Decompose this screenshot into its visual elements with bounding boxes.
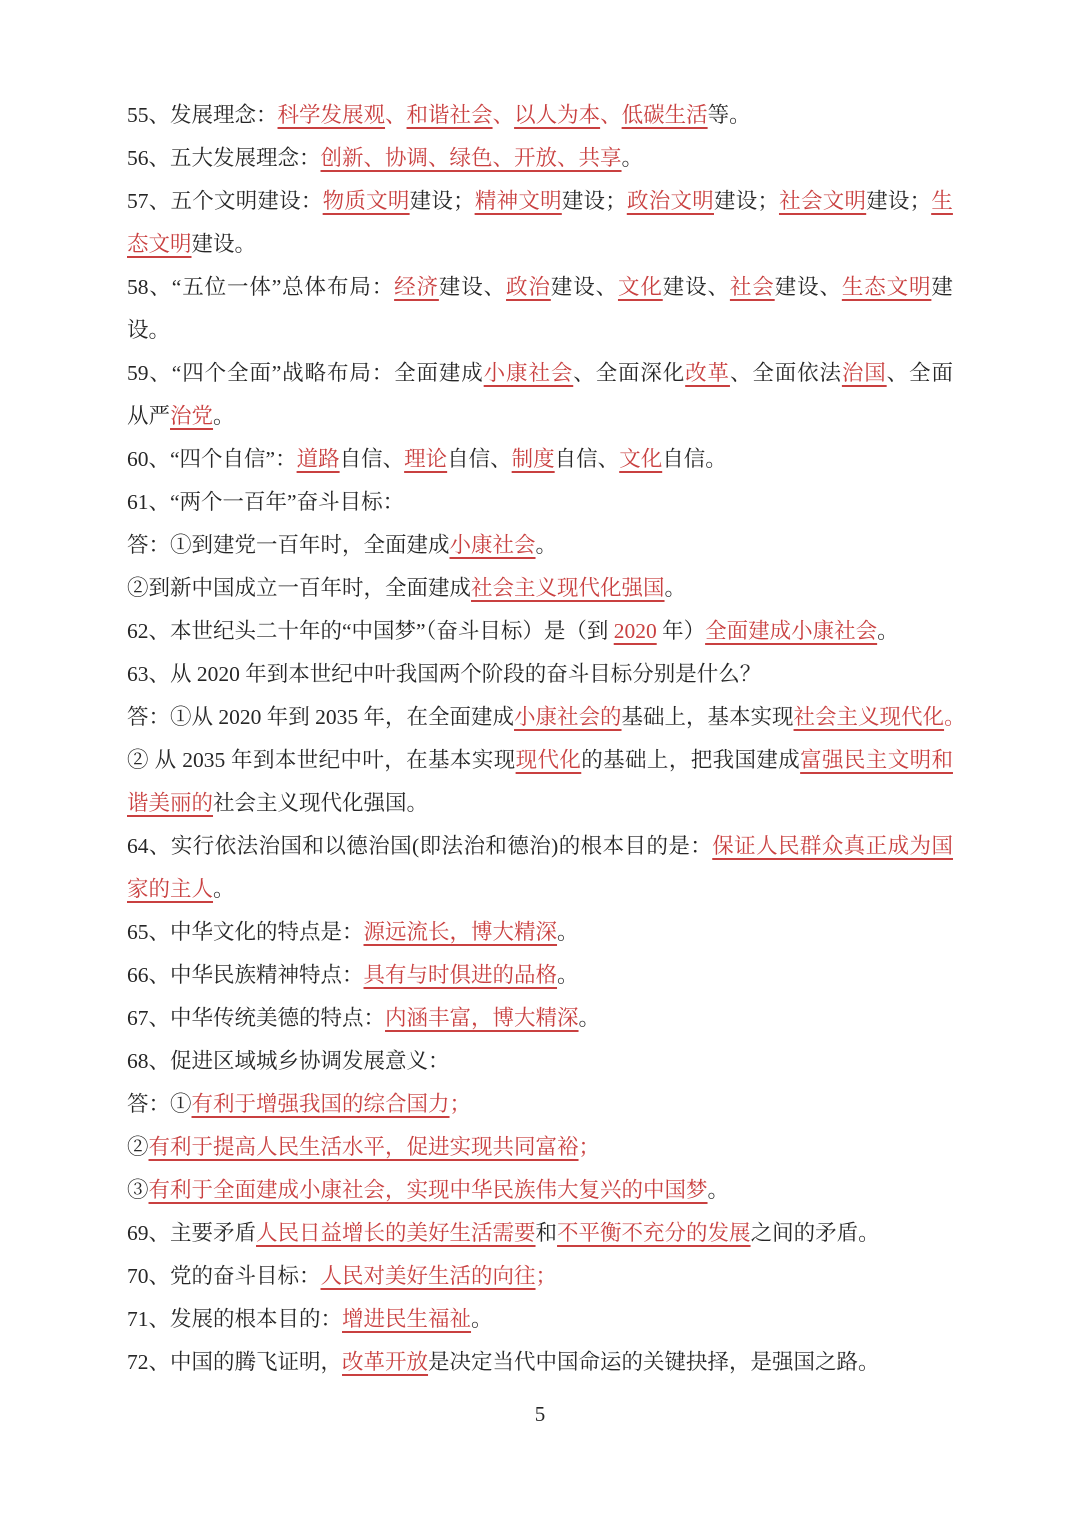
body-text: 建设； [866, 189, 931, 213]
text-line: 谐美丽的社会主义现代化强国。 [127, 782, 953, 825]
body-text: 。 [579, 1006, 601, 1030]
body-text: 。 [213, 877, 235, 901]
body-text: 建设、 [551, 275, 618, 299]
body-text: 。 [213, 404, 235, 428]
red-text: 。 [944, 705, 966, 729]
highlight-text: 谐美丽的 [127, 791, 213, 815]
red-text: ； [450, 1092, 472, 1116]
body-text: ②到新中国成立一百年时，全面建成 [127, 576, 471, 600]
body-text: 基础上，基本实现 [622, 705, 794, 729]
highlight-text: 有利于增强我国的综合国力 [192, 1092, 450, 1116]
highlight-text: 社会主义现代化强国 [471, 576, 665, 600]
body-text: 社会主义现代化强国。 [213, 791, 428, 815]
body-text: 建设； [714, 189, 779, 213]
text-line: ②有利于提高人民生活水平，促进实现共同富裕； [127, 1126, 953, 1169]
body-text: 72、中国的腾飞证明， [127, 1350, 342, 1374]
body-text: 71、发展的根本目的： [127, 1307, 342, 1331]
highlight-text: 全面建成小康社会 [705, 619, 877, 643]
text-line: 70、党的奋斗目标：人民对美好生活的向往； [127, 1255, 953, 1298]
body-text: 67、中华传统美德的特点： [127, 1006, 385, 1030]
highlight-text: 政治 [506, 275, 551, 299]
text-line: 55、发展理念：科学发展观、和谐社会、以人为本、低碳生活等。 [127, 94, 953, 137]
body-text: 57、五个文明建设： [127, 189, 323, 213]
body-text: 建设、 [663, 275, 730, 299]
body-text: 等。 [708, 103, 751, 127]
body-text: 62、本世纪头二十年的“中国梦”（奋斗目标）是（到 [127, 619, 614, 643]
body-text: 和 [536, 1221, 558, 1245]
highlight-text: 态文明 [127, 232, 192, 256]
highlight-text: 理论 [404, 447, 447, 471]
body-text: 69、主要矛盾 [127, 1221, 256, 1245]
highlight-text: 2020 [614, 619, 657, 643]
highlight-text: 创新、协调、绿色、开放、共享 [321, 146, 622, 170]
highlight-text: 小康社会的 [514, 705, 622, 729]
text-line: ②到新中国成立一百年时，全面建成社会主义现代化强国。 [127, 567, 953, 610]
highlight-text: 增进民生福祉 [342, 1307, 471, 1331]
body-text: 55、发展理念： [127, 103, 278, 127]
body-text: ② [127, 1135, 149, 1159]
body-text: 56、五大发展理念： [127, 146, 321, 170]
text-line: 58、“五位一体”总体布局：经济建设、政治建设、文化建设、社会建设、生态文明建 [127, 266, 953, 309]
body-text: 70、党的奋斗目标： [127, 1264, 321, 1288]
body-text: 。 [557, 963, 579, 987]
red-text: ； [579, 1135, 601, 1159]
body-text: 之间的矛盾。 [751, 1221, 880, 1245]
highlight-text: 以人为本 [514, 103, 600, 127]
body-text: 63、从 2020 年到本世纪中叶我国两个阶段的奋斗目标分别是什么？ [127, 662, 761, 686]
body-text: 66、中华民族精神特点： [127, 963, 364, 987]
text-line: 家的主人。 [127, 868, 953, 911]
highlight-text: 人民对美好生活的向往 [321, 1264, 536, 1288]
highlight-text: 政治文明 [627, 189, 714, 213]
page-number: 5 [535, 1402, 546, 1426]
body-text: 。 [622, 146, 644, 170]
text-line: 从严治党。 [127, 395, 953, 438]
body-text: 的基础上，把我国建成 [581, 748, 800, 772]
text-line: 61、“两个一百年”奋斗目标： [127, 481, 953, 524]
highlight-text: 内涵丰富，博大精深 [385, 1006, 579, 1030]
highlight-text: 生 [931, 189, 953, 213]
body-text: ② 从 2035 年到本世纪中叶，在基本实现 [127, 748, 516, 772]
highlight-text: 社会 [730, 275, 775, 299]
body-text: 。 [471, 1307, 493, 1331]
red-text: ； [536, 1264, 558, 1288]
text-line: 56、五大发展理念：创新、协调、绿色、开放、共享。 [127, 137, 953, 180]
body-text: 60、“四个自信”： [127, 447, 297, 471]
body-text: 61、“两个一百年”奋斗目标： [127, 490, 404, 514]
highlight-text: 现代化 [516, 748, 582, 772]
text-line: 63、从 2020 年到本世纪中叶我国两个阶段的奋斗目标分别是什么？ [127, 653, 953, 696]
highlight-text: 文化 [619, 447, 662, 471]
text-line: ③有利于全面建成小康社会，实现中华民族伟大复兴的中国梦。 [127, 1169, 953, 1212]
body-text: 自信。 [662, 447, 727, 471]
body-text: 答：①到建党一百年时，全面建成 [127, 533, 450, 557]
text-line: 62、本世纪头二十年的“中国梦”（奋斗目标）是（到 2020 年）全面建成小康社… [127, 610, 953, 653]
text-line: 59、“四个全面”战略布局：全面建成小康社会、全面深化改革、全面依法治国、全面 [127, 352, 953, 395]
highlight-text: 科学发展观 [278, 103, 386, 127]
body-text: 59、“四个全面”战略布局：全面建成 [127, 361, 484, 385]
highlight-text: 生态文明 [842, 275, 932, 299]
body-text: 建设； [410, 189, 475, 213]
text-line: 68、促进区域城乡协调发展意义： [127, 1040, 953, 1083]
highlight-text: 经济 [394, 275, 439, 299]
document-page: 55、发展理念：科学发展观、和谐社会、以人为本、低碳生活等。56、五大发展理念：… [0, 0, 1080, 1527]
text-line: 答：①从 2020 年到 2035 年，在全面建成小康社会的基础上，基本实现社会… [127, 696, 953, 739]
highlight-text: 改革 [685, 361, 730, 385]
text-line: 态文明建设。 [127, 223, 953, 266]
body-text: 68、促进区域城乡协调发展意义： [127, 1049, 450, 1073]
body-text: 建 [931, 275, 953, 299]
red-text: 、 [493, 103, 515, 127]
text-line: 60、“四个自信”：道路自信、理论自信、制度自信、文化自信。 [127, 438, 953, 481]
highlight-text: 社会主义现代化 [794, 705, 945, 729]
text-line: 66、中华民族精神特点：具有与时俱进的品格。 [127, 954, 953, 997]
text-line: 69、主要矛盾人民日益增长的美好生活需要和不平衡不充分的发展之间的矛盾。 [127, 1212, 953, 1255]
highlight-text: 制度 [512, 447, 555, 471]
body-text: 64、实行依法治国和以德治国(即法治和德治)的根本目的是： [127, 834, 712, 858]
body-text: 。 [557, 920, 579, 944]
text-line: 72、中国的腾飞证明，改革开放是决定当代中国命运的关键抉择，是强国之路。 [127, 1341, 953, 1384]
body-text: 年） [657, 619, 705, 643]
highlight-text: 具有与时俱进的品格 [364, 963, 558, 987]
body-text: 、全面 [887, 361, 953, 385]
body-text: 自信、 [555, 447, 620, 471]
body-text: 建设、 [775, 275, 842, 299]
body-text: 是决定当代中国命运的关键抉择，是强国之路。 [428, 1350, 880, 1374]
highlight-text: 源远流长，博大精深 [364, 920, 558, 944]
body-text: 。 [877, 619, 899, 643]
body-text: 建设。 [192, 232, 257, 256]
body-text: 65、中华文化的特点是： [127, 920, 364, 944]
highlight-text: 有利于提高人民生活水平，促进实现共同富裕 [149, 1135, 579, 1159]
highlight-text: 道路 [297, 447, 340, 471]
highlight-text: 治党 [170, 404, 213, 428]
highlight-text: 治国 [842, 361, 887, 385]
body-text: 、全面深化 [573, 361, 685, 385]
body-text: ③ [127, 1178, 149, 1202]
body-text: 答：① [127, 1092, 192, 1116]
text-line: 71、发展的根本目的：增进民生福祉。 [127, 1298, 953, 1341]
highlight-text: 有利于全面建成小康社会，实现中华民族伟大复兴的中国梦 [149, 1178, 708, 1202]
highlight-text: 和谐社会 [407, 103, 493, 127]
body-text: 。 [708, 1178, 730, 1202]
text-line: 答：①有利于增强我国的综合国力； [127, 1083, 953, 1126]
highlight-text: 保证人民群众真正成为国 [712, 834, 953, 858]
body-text: 自信、 [447, 447, 512, 471]
body-text: 。 [665, 576, 687, 600]
body-text: 、全面依法 [730, 361, 842, 385]
red-text: 、 [385, 103, 407, 127]
highlight-text: 文化 [618, 275, 663, 299]
highlight-text: 低碳生活 [622, 103, 708, 127]
highlight-text: 改革开放 [342, 1350, 428, 1374]
highlight-text: 小康社会 [484, 361, 574, 385]
body-text: 建设； [562, 189, 627, 213]
highlight-text: 小康社会 [450, 533, 536, 557]
text-line: 67、中华传统美德的特点：内涵丰富，博大精深。 [127, 997, 953, 1040]
highlight-text: 不平衡不充分的发展 [557, 1221, 751, 1245]
highlight-text: 富强民主文明和 [800, 748, 953, 772]
page-footer: 5 [0, 1402, 1080, 1427]
text-line: 设。 [127, 309, 953, 352]
highlight-text: 家的主人 [127, 877, 213, 901]
text-line: ② 从 2035 年到本世纪中叶，在基本实现现代化的基础上，把我国建成富强民主文… [127, 739, 953, 782]
body-text: 设。 [127, 318, 170, 342]
text-line: 64、实行依法治国和以德治国(即法治和德治)的根本目的是：保证人民群众真正成为国 [127, 825, 953, 868]
highlight-text: 物质文明 [323, 189, 410, 213]
body-text: 答：①从 2020 年到 2035 年，在全面建成 [127, 705, 514, 729]
highlight-text: 社会文明 [779, 189, 866, 213]
body-text: 自信、 [340, 447, 405, 471]
body-text: 建设、 [439, 275, 506, 299]
document-body: 55、发展理念：科学发展观、和谐社会、以人为本、低碳生活等。56、五大发展理念：… [127, 94, 953, 1384]
body-text: 58、“五位一体”总体布局： [127, 275, 394, 299]
text-line: 57、五个文明建设：物质文明建设；精神文明建设；政治文明建设；社会文明建设；生 [127, 180, 953, 223]
body-text: 从严 [127, 404, 170, 428]
text-line: 答：①到建党一百年时，全面建成小康社会。 [127, 524, 953, 567]
highlight-text: 精神文明 [475, 189, 562, 213]
highlight-text: 人民日益增长的美好生活需要 [256, 1221, 536, 1245]
text-line: 65、中华文化的特点是：源远流长，博大精深。 [127, 911, 953, 954]
red-text: 、 [600, 103, 622, 127]
body-text: 。 [536, 533, 558, 557]
